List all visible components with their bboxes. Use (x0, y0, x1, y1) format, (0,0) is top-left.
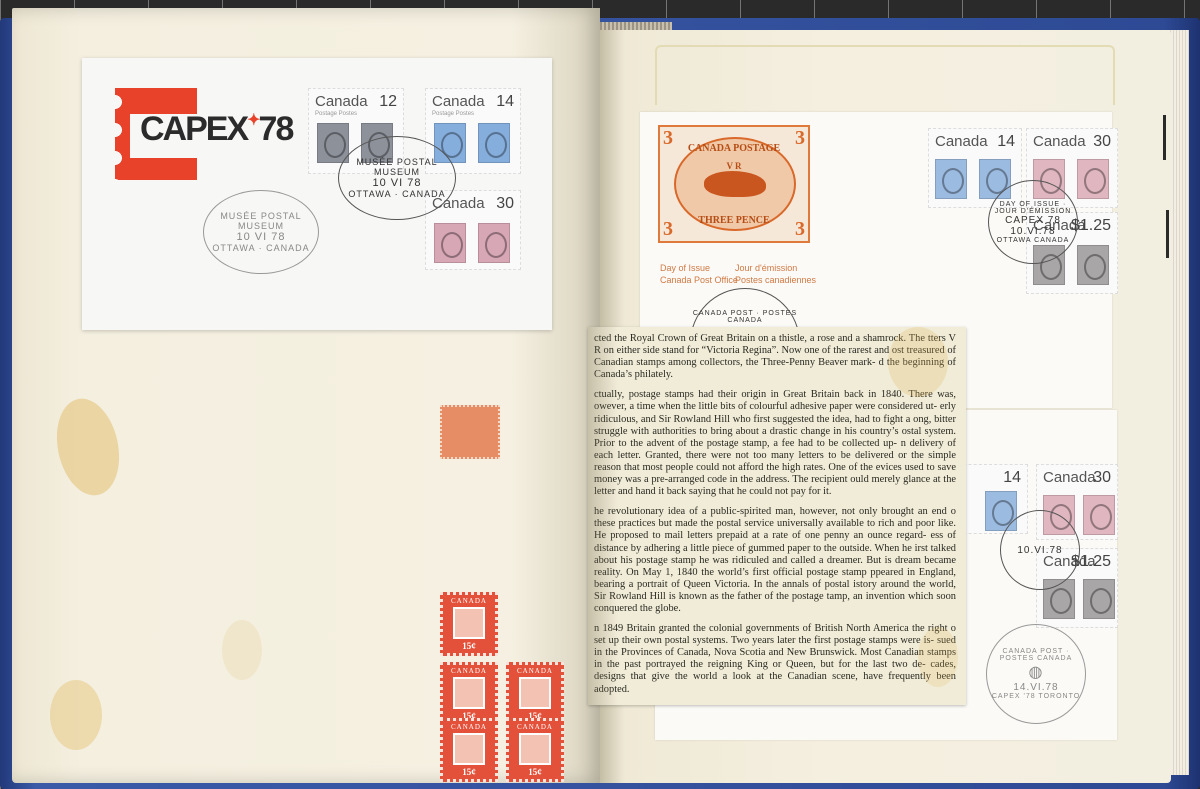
page-tab (1163, 115, 1166, 160)
day-of-issue-french: Jour d'émissionPostes canadiennes (735, 262, 816, 286)
stain (888, 327, 948, 397)
stain (222, 620, 262, 680)
page-frame-ornament (655, 45, 1115, 105)
beaver-icon (704, 171, 766, 197)
canada-15c-stamp[interactable]: CANADA15¢ (506, 718, 564, 782)
day-of-issue-cancel: 10.VI.78 (1000, 510, 1080, 590)
page-tab (1166, 210, 1169, 258)
article-paragraph: ctually, postage stamps had their origin… (594, 389, 956, 498)
toronto-capex-cancel: CANADA POST · POSTES CANADA◍14.VI.78CAPE… (986, 624, 1086, 724)
beaver-five-cent-stamp[interactable] (440, 405, 500, 459)
museum-cancel-postmark: MUSÉE POSTAL MUSEUM10 VI 78OTTAWA · CANA… (338, 136, 456, 220)
day-of-issue-english: Day of IssueCanada Post Office (660, 262, 738, 286)
history-article-clipping[interactable]: cted the Royal Crown of Great Britain on… (588, 327, 966, 705)
stamp (478, 123, 510, 163)
stamp (478, 223, 510, 263)
maple-leaf-icon: ✦ (247, 112, 258, 129)
canada-15c-stamp[interactable]: CANADA15¢ (440, 662, 498, 726)
canada-15c-stamp[interactable]: CANADA15¢ (506, 662, 564, 726)
stain (50, 680, 102, 750)
capex-logo-text: CAPEX✦78 (140, 110, 292, 149)
article-paragraph: n 1849 Britain granted the colonial gove… (594, 623, 956, 696)
stain (918, 627, 958, 687)
three-penny-beaver-stamp: 3 3 3 3 CANADA POSTAGE V R THREE PENCE (658, 125, 810, 243)
museum-cancel-printed: MUSÉE POSTAL MUSEUM10 VI 78OTTAWA · CANA… (203, 190, 319, 274)
canada-15c-stamp[interactable]: CANADA15¢ (440, 592, 498, 656)
day-of-issue-cancel: DAY OF ISSUE · JOUR D'ÉMISSIONCAPEX 7810… (988, 180, 1078, 264)
canada-15c-stamp[interactable]: CANADA15¢ (440, 718, 498, 782)
stamp (434, 223, 466, 263)
article-paragraph: he revolutionary idea of a public-spirit… (594, 506, 956, 615)
